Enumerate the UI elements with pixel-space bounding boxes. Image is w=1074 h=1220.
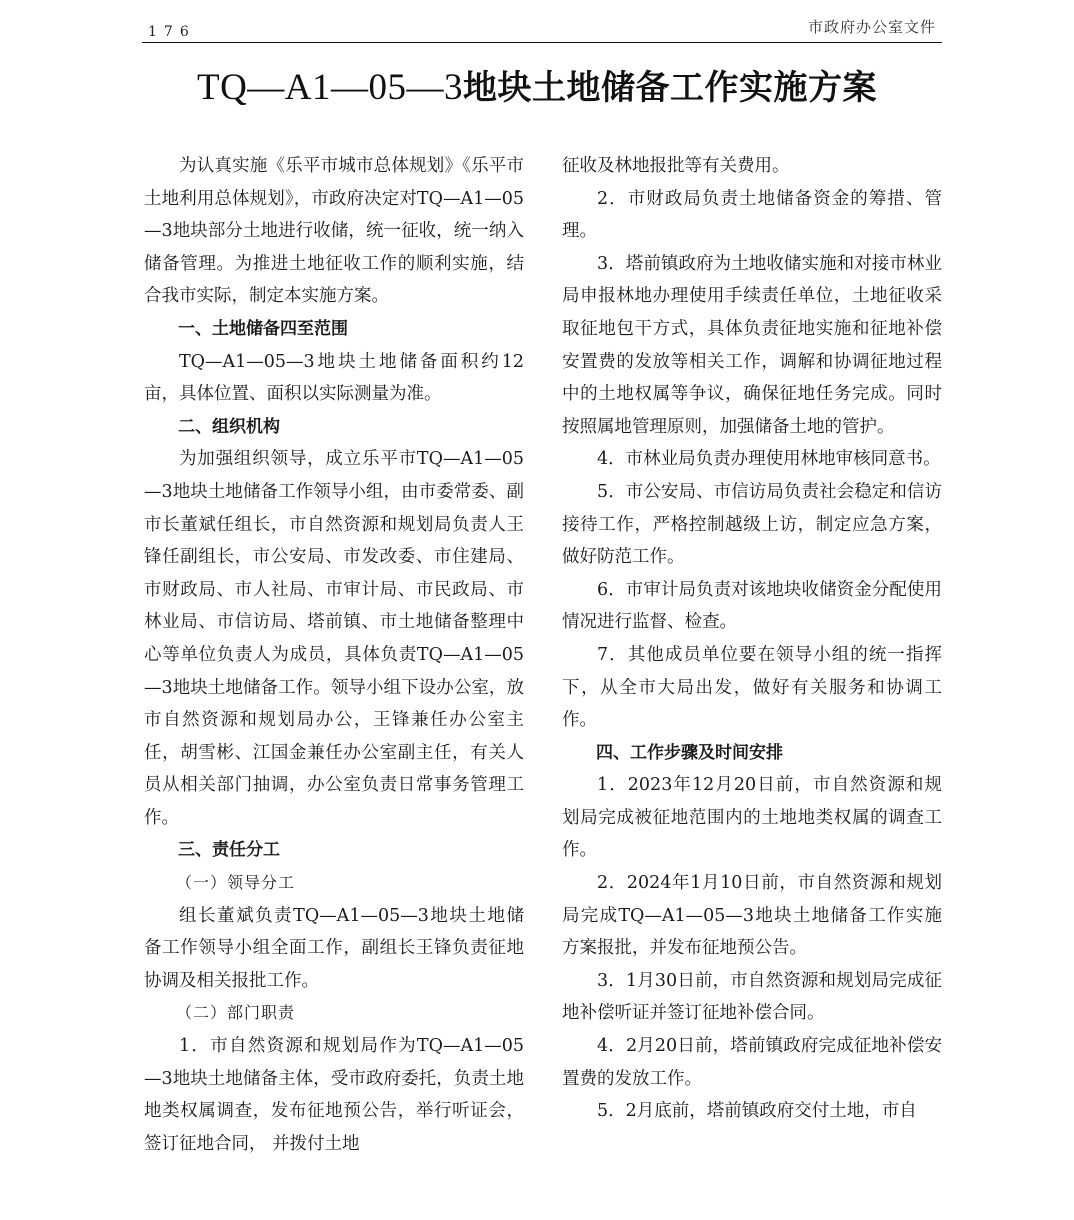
duty-item-3: 3．塔前镇政府为土地收储实施和对接市林业局申报林地办理使用手续责任单位，土地征收… [562,248,942,444]
page-number: 176 [148,24,196,40]
schedule-step-2: 2．2024年1月10日前，市自然资源和规划局完成TQ—A1—05—3地块土地储… [562,867,942,965]
schedule-step-1: 1．2023年12月20日前，市自然资源和规划局完成被征地范围内的土地地类权属的… [562,769,942,867]
intro-paragraph: 为认真实施《乐平市城市总体规划》《乐平市土地利用总体规划》，市政府决定对TQ—A… [144,150,524,313]
subheading-leadership: （一）领导分工 [144,867,524,900]
schedule-step-5: 5．2月底前，塔前镇政府交付土地，市自 [562,1095,942,1128]
duty-item-1-continued: 征收及林地报批等有关费用。 [562,150,942,183]
organization-paragraph: 为加强组织领导，成立乐平市TQ—A1—05—3地块土地储备工作领导小组，由市委常… [144,443,524,834]
duty-item-7: 7．其他成员单位要在领导小组的统一指挥下，从全市大局出发，做好有关服务和协调工作… [562,639,942,737]
title-text: 地块土地储备工作实施方案 [463,68,877,108]
section-heading-scope: 一、土地储备四至范围 [144,313,524,346]
page-header: 176 市政府办公室文件 [142,14,942,43]
right-column: 征收及林地报批等有关费用。 2．市财政局负责土地储备资金的筹措、管理。 3．塔前… [562,150,942,1128]
section-heading-organization: 二、组织机构 [144,411,524,444]
document-title: TQ—A1—05—3地块土地储备工作实施方案 [0,60,1074,109]
header-source: 市政府办公室文件 [808,16,936,37]
section-heading-responsibilities: 三、责任分工 [144,834,524,867]
duty-item-6: 6．市审计局负责对该地块收储资金分配使用情况进行监督、检查。 [562,574,942,639]
schedule-step-3: 3．1月30日前，市自然资源和规划局完成征地补偿听证并签订征地补偿合同。 [562,965,942,1030]
section-heading-schedule: 四、工作步骤及时间安排 [562,737,942,770]
title-code: TQ—A1—05—3 [197,67,463,108]
duty-item-1: 1．市自然资源和规划局作为TQ—A1—05—3地块土地储备主体，受市政府委托，负… [144,1030,524,1160]
left-column: 为认真实施《乐平市城市总体规划》《乐平市土地利用总体规划》，市政府决定对TQ—A… [144,150,524,1160]
duty-item-4: 4．市林业局负责办理使用林地审核同意书。 [562,443,942,476]
duty-item-5: 5．市公安局、市信访局负责社会稳定和信访接待工作，严格控制越级上访，制定应急方案… [562,476,942,574]
leadership-paragraph: 组长董斌负责TQ—A1—05—3地块土地储备工作领导小组全面工作，副组长王锋负责… [144,900,524,998]
schedule-step-4: 4．2月20日前，塔前镇政府完成征地补偿安置费的发放工作。 [562,1030,942,1095]
scope-paragraph: TQ—A1—05—3地块土地储备面积约12亩，具体位置、面积以实际测量为准。 [144,346,524,411]
duty-item-2: 2．市财政局负责土地储备资金的筹措、管理。 [562,183,942,248]
subheading-departments: （二）部门职责 [144,997,524,1030]
